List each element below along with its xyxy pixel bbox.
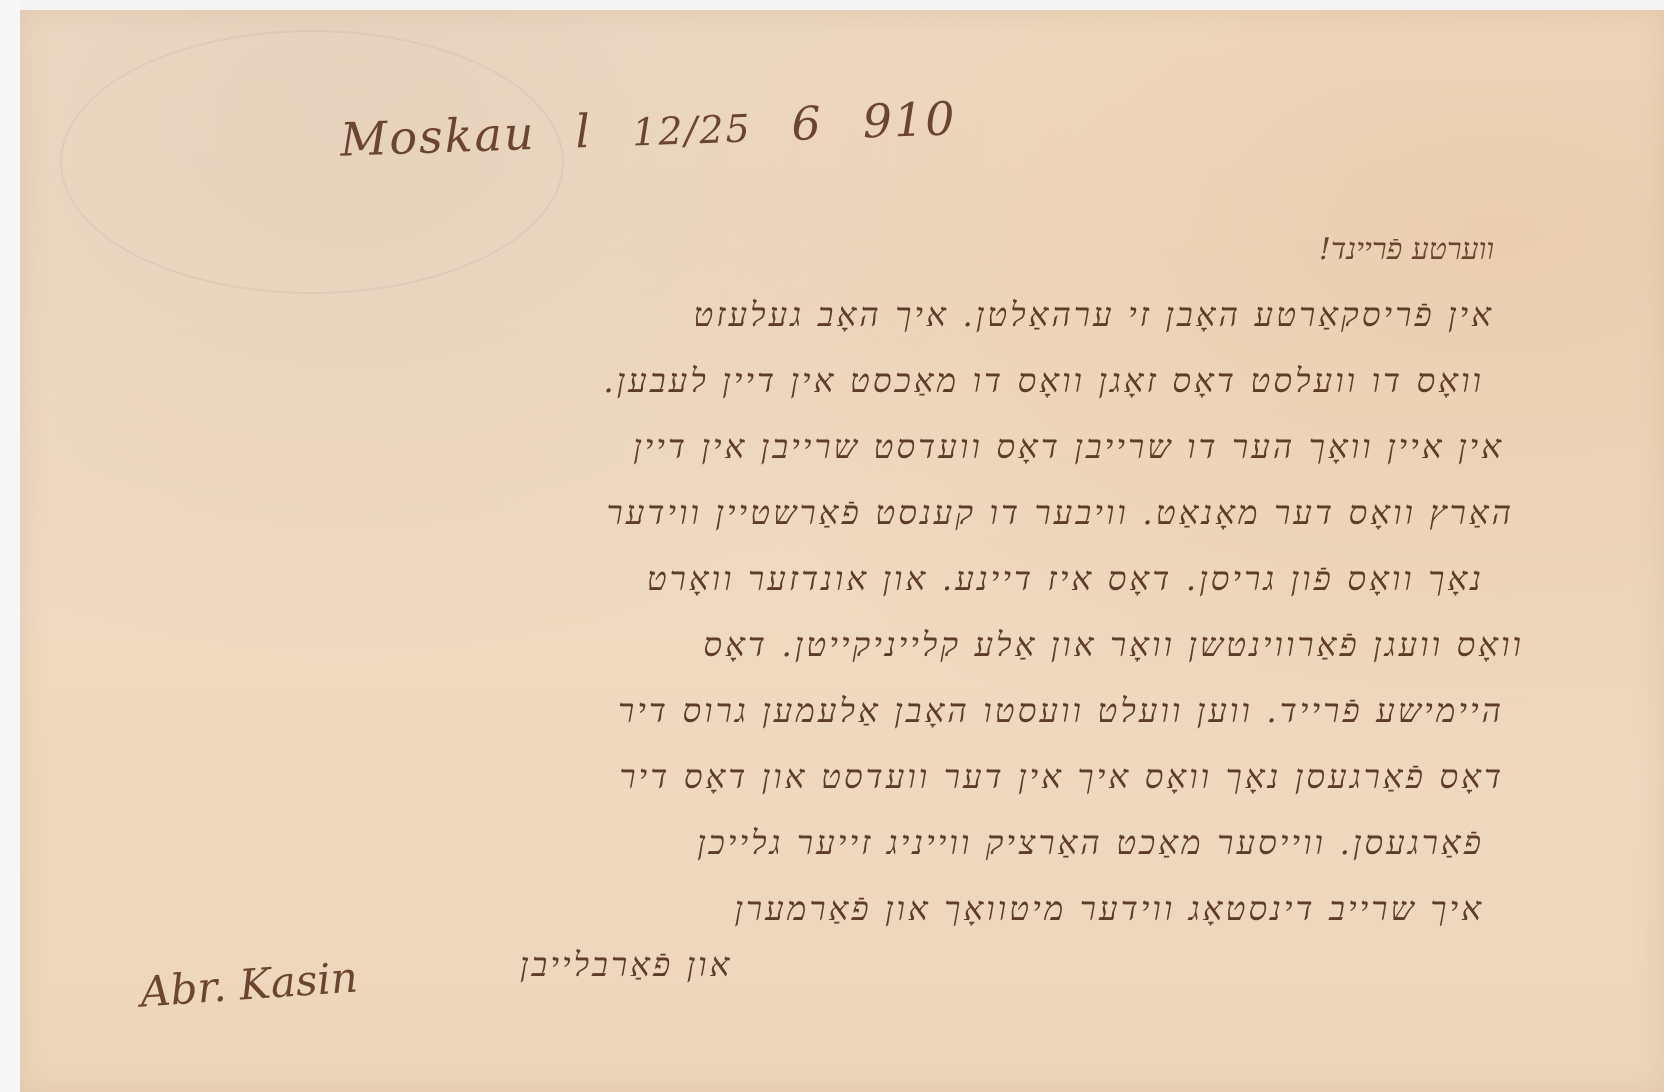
scan-border-top [0, 0, 1664, 10]
date-year: 910 [862, 91, 958, 148]
closing-line: און פֿאַרבלייבן [520, 945, 732, 985]
date-fraction: 12/25 [631, 106, 752, 154]
letter-line: האַרץ וואָס דער מאָנאַט. וויבער דו קענסט… [80, 480, 1524, 546]
letter-body: אין פֿריסקאַרטע האָבן זי ערהאַלטן. איך ה… [80, 282, 1524, 942]
letter-line: נאָך וואָס פֿון גריסן. דאָס איז דיינע. א… [80, 546, 1524, 612]
letter-line: פֿאַרגעסן. ווייסער מאַכט האַרציק ווייניג… [80, 810, 1524, 876]
day-mark: l [574, 104, 593, 159]
letter-line: היימישע פֿרייד. ווען וועלט וועסטו האָבן … [80, 678, 1524, 744]
signature: Abr. Kasin [139, 952, 360, 1016]
letter-line: דאָס פֿאַרגעסן נאָך וואָס איך אין דער וו… [80, 744, 1524, 810]
postcard: Moskau l 12/25 6 910 ווערטע פֿריינד! אין… [20, 10, 1664, 1092]
letter-line: וואָס דו וועלסט דאָס זאָגן וואָס דו מאַכ… [80, 348, 1524, 414]
faded-postmark [60, 30, 564, 294]
letter-line: וואָס וועגן פֿאַרווינטשן וואָר און אַלע … [80, 612, 1524, 678]
letter-line: אין איין וואָך הער דו שרייבן דאָס וועדסט… [80, 414, 1524, 480]
date-month: 6 [791, 96, 824, 151]
letter-line: אין פֿריסקאַרטע האָבן זי ערהאַלטן. איך ה… [80, 282, 1524, 348]
scan-border-left [0, 0, 20, 1092]
salutation: ווערטע פֿריינד! [1319, 232, 1494, 267]
place-name: Moskau [339, 106, 536, 167]
letter-line: איך שרייב דינסטאָג ווידער מיטוואָך און פ… [80, 876, 1524, 942]
